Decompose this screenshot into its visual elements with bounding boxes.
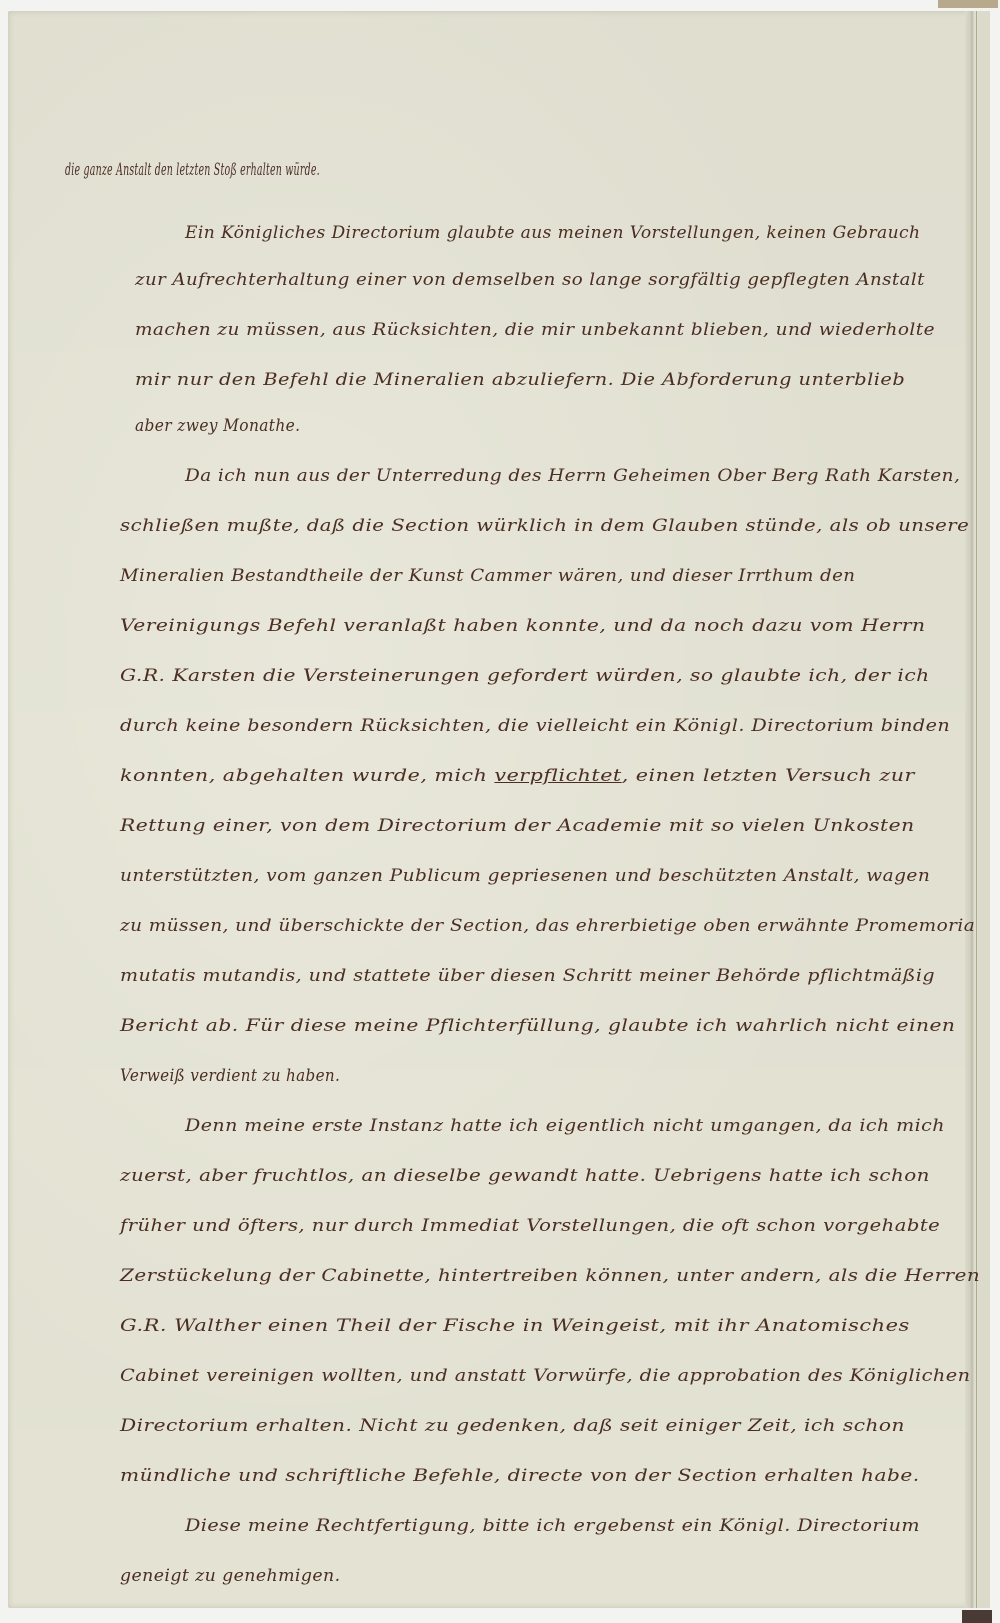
manuscript-line: mündliche und schriftliche Befehle, dire… — [120, 1466, 920, 1486]
manuscript-line: Denn meine erste Instanz hatte ich eigen… — [185, 1116, 945, 1136]
underlined-word: verpflichtet — [494, 766, 621, 786]
manuscript-line: Ein Königliches Directorium glaubte aus … — [185, 223, 920, 243]
manuscript-line: zuerst, aber fruchtlos, an dieselbe gewa… — [120, 1166, 930, 1186]
manuscript-line: Cabinet vereinigen wollten, und anstatt … — [120, 1366, 971, 1386]
manuscript-line: zur Aufrechterhaltung einer von demselbe… — [135, 270, 925, 290]
manuscript-line: Da ich nun aus der Unterredung des Herrn… — [185, 466, 960, 486]
manuscript-line: die ganze Anstalt den letzten Stoß erhal… — [65, 160, 320, 180]
manuscript-line: früher und öfters, nur durch Immediat Vo… — [120, 1216, 940, 1236]
manuscript-line: durch keine besondern Rücksichten, die v… — [120, 716, 950, 736]
manuscript-line: geneigt zu genehmigen. — [120, 1566, 340, 1586]
manuscript-line: G.R. Karsten die Versteinerungen geforde… — [120, 666, 930, 686]
manuscript-line: schließen mußte, daß die Section würklic… — [120, 516, 969, 536]
manuscript-line: mir nur den Befehl die Mineralien abzuli… — [135, 370, 905, 390]
manuscript-line: mutatis mutandis, und stattete über dies… — [120, 966, 935, 986]
manuscript-line: Vereinigungs Befehl veranlaßt haben konn… — [120, 616, 926, 636]
manuscript-line: zu müssen, und überschickte der Section,… — [120, 916, 975, 936]
manuscript-line: unterstützten, vom ganzen Publicum gepri… — [120, 866, 930, 886]
manuscript-scan: die ganze Anstalt den letzten Stoß erhal… — [0, 0, 1000, 1623]
manuscript-line: konnten, abgehalten wurde, mich verpflic… — [120, 766, 915, 786]
manuscript-line: Bericht ab. Für diese meine Pflichterfül… — [120, 1016, 955, 1036]
manuscript-line: machen zu müssen, aus Rücksichten, die m… — [135, 320, 935, 340]
manuscript-line: G.R. Walther einen Theil der Fische in W… — [120, 1316, 910, 1336]
manuscript-line: Verweiß verdient zu haben. — [120, 1066, 340, 1086]
manuscript-line: Zerstückelung der Cabinette, hintertreib… — [120, 1266, 980, 1286]
manuscript-line: aber zwey Monathe. — [135, 416, 300, 436]
manuscript-line: Diese meine Rechtfertigung, bitte ich er… — [185, 1516, 920, 1536]
manuscript-line: Rettung einer, von dem Directorium der A… — [120, 816, 915, 836]
manuscript-line: Mineralien Bestandtheile der Kunst Camme… — [120, 566, 855, 586]
handwritten-text: die ganze Anstalt den letzten Stoß erhal… — [0, 0, 1000, 1623]
manuscript-line: Directorium erhalten. Nicht zu gedenken,… — [120, 1416, 905, 1436]
